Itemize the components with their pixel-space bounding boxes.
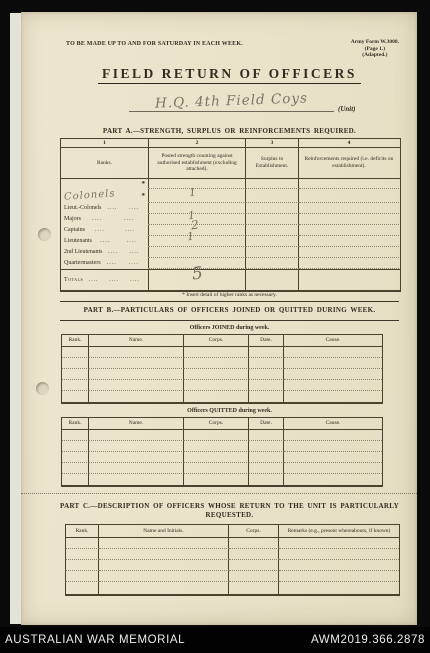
col-header-surplus: Surplus to Establishment. <box>246 148 299 178</box>
col-number-1: 1 <box>61 139 149 147</box>
officers-quitted-table: Rank. Name. Corps. Date. Cause. <box>61 417 383 487</box>
divider-rule <box>60 320 399 321</box>
scanned-form-photo: TO BE MADE UP TO AND FOR SATURDAY IN EAC… <box>0 0 430 653</box>
footer-bar: AUSTRALIAN WAR MEMORIAL AWM2019.366.2878 <box>0 627 430 653</box>
table-row <box>62 474 382 485</box>
rank-row-quartermasters: Quartermasters........ <box>61 258 400 269</box>
rank-label: Captains <box>64 227 85 233</box>
col-header-corps: Corps. <box>184 418 249 429</box>
rank-label: 2nd Lieutenants <box>64 249 103 255</box>
col-number-4: 4 <box>299 139 399 147</box>
col-header-cause: Cause. <box>284 335 382 346</box>
form-title: FIELD RETURN OF OFFICERS <box>60 65 399 84</box>
part-c-heading-line2: REQUESTED. <box>60 511 399 520</box>
col-header-date: Date. <box>249 418 284 429</box>
col-header-cause: Cause. <box>284 418 382 429</box>
part-a-footnote: * Insert detail of higher ranks as neces… <box>60 292 399 299</box>
table-row <box>62 358 382 369</box>
form-page: TO BE MADE UP TO AND FOR SATURDAY IN EAC… <box>21 12 417 625</box>
archive-name: AUSTRALIAN WAR MEMORIAL <box>5 634 185 646</box>
unit-label: (Unit) <box>338 105 356 113</box>
officers-joined-table: Rank. Name. Corps. Date. Cause. <box>61 334 383 404</box>
part-c-heading-line1: PART C.—DESCRIPTION OF OFFICERS WHOSE RE… <box>60 502 399 511</box>
table-row <box>62 441 382 452</box>
divider-rule <box>60 301 399 302</box>
col-header-corps: Corps. <box>229 525 279 537</box>
rank-row-colonels: Colonels* <box>61 189 400 203</box>
totals-label: Totals <box>64 277 83 283</box>
col-header-rank: Rank. <box>62 335 89 346</box>
accession-number: AWM2019.366.2878 <box>311 634 425 646</box>
col-header-remarks: Remarks (e.g., present whereabouts, if k… <box>279 525 399 537</box>
rank-label: Lieut.-Colonels <box>64 205 102 211</box>
col-number-2: 2 <box>149 139 246 147</box>
punch-hole <box>36 382 49 395</box>
table-row <box>62 347 382 358</box>
table-row <box>62 369 382 380</box>
top-note: TO BE MADE UP TO AND FOR SATURDAY IN EAC… <box>66 41 243 47</box>
table-row <box>62 391 382 402</box>
col-header-ranks: Ranks. <box>61 148 149 178</box>
unit-field: H.Q. 4th Field Coys <box>129 92 334 112</box>
totals-row: Totals............ <box>61 269 400 290</box>
part-b-heading: PART B.—PARTICULARS OF OFFICERS JOINED O… <box>60 306 399 314</box>
table-row <box>66 571 399 582</box>
rank-handwritten-colonels: Colonels <box>64 189 116 203</box>
col-header-reinforcements: Reinforcements required (i.e. deficits o… <box>299 148 399 178</box>
rank-row-lieutenants: Lieutenants........ <box>61 236 400 247</box>
col-header-name: Name. <box>89 335 184 346</box>
asterisk-mark: * <box>139 180 145 188</box>
table-row <box>66 549 399 560</box>
posted-value-handwritten: 1 <box>186 230 194 244</box>
part-a-number-row: 1 2 3 4 <box>61 139 400 148</box>
col-header-date: Date. <box>249 335 284 346</box>
totals-value-handwritten: 5 <box>191 263 204 284</box>
asterisk-mark: * <box>139 192 145 200</box>
rank-row-blank: * <box>61 179 400 189</box>
col-header-rank: Rank. <box>66 525 99 537</box>
col-header-posted: Posted strength counting against authori… <box>149 148 246 178</box>
joined-header-row: Rank. Name. Corps. Date. Cause. <box>62 335 382 347</box>
col-header-corps: Corps. <box>184 335 249 346</box>
col-number-3: 3 <box>246 139 299 147</box>
part-c-heading: PART C.—DESCRIPTION OF OFFICERS WHOSE RE… <box>60 502 399 521</box>
table-row <box>66 582 399 594</box>
table-row <box>62 463 382 474</box>
col-header-name-initials: Name and Initials. <box>99 525 229 537</box>
form-ref-line3: (Adapted.) <box>351 52 399 59</box>
officers-joined-title: Officers JOINED during week. <box>60 325 399 332</box>
table-row <box>62 380 382 391</box>
rank-row-majors: Majors........ <box>61 214 400 225</box>
part-a-heading: PART A.—STRENGTH, SURPLUS OR REINFORCEME… <box>60 127 399 135</box>
part-a-header-row: Ranks. Posted strength counting against … <box>61 148 400 179</box>
army-form-reference: Army Form W.3008. (Page 1.) (Adapted.) <box>351 39 399 59</box>
table-row <box>66 560 399 571</box>
form-ref-line1: Army Form W.3008. <box>351 39 399 46</box>
col-header-name: Name. <box>89 418 184 429</box>
part-c-table: Rank. Name and Initials. Corps. Remarks … <box>65 524 400 596</box>
rank-row-2nd-lieutenants: 2nd Lieutenants........ <box>61 247 400 258</box>
rank-row-lieut-colonels: Lieut.-Colonels........ <box>61 203 400 214</box>
part-c-header-row: Rank. Name and Initials. Corps. Remarks … <box>66 525 399 538</box>
part-a-table: 1 2 3 4 Ranks. Posted strength counting … <box>60 138 401 292</box>
punch-hole <box>38 228 51 241</box>
rank-label: Majors <box>64 216 81 222</box>
unit-handwritten-value: H.Q. 4th Field Coys <box>155 90 308 111</box>
rank-label: Lieutenants <box>64 238 92 244</box>
table-row <box>62 430 382 441</box>
col-header-rank: Rank. <box>62 418 89 429</box>
table-row <box>62 452 382 463</box>
officers-quitted-title: Officers QUITTED during week. <box>60 408 399 415</box>
rank-row-captains: Captains........ <box>61 225 400 236</box>
perforation-line <box>21 493 417 494</box>
rank-label: Quartermasters <box>64 260 101 266</box>
table-row <box>66 538 399 549</box>
posted-value-handwritten: 1 <box>188 186 196 200</box>
quitted-header-row: Rank. Name. Corps. Date. Cause. <box>62 418 382 430</box>
